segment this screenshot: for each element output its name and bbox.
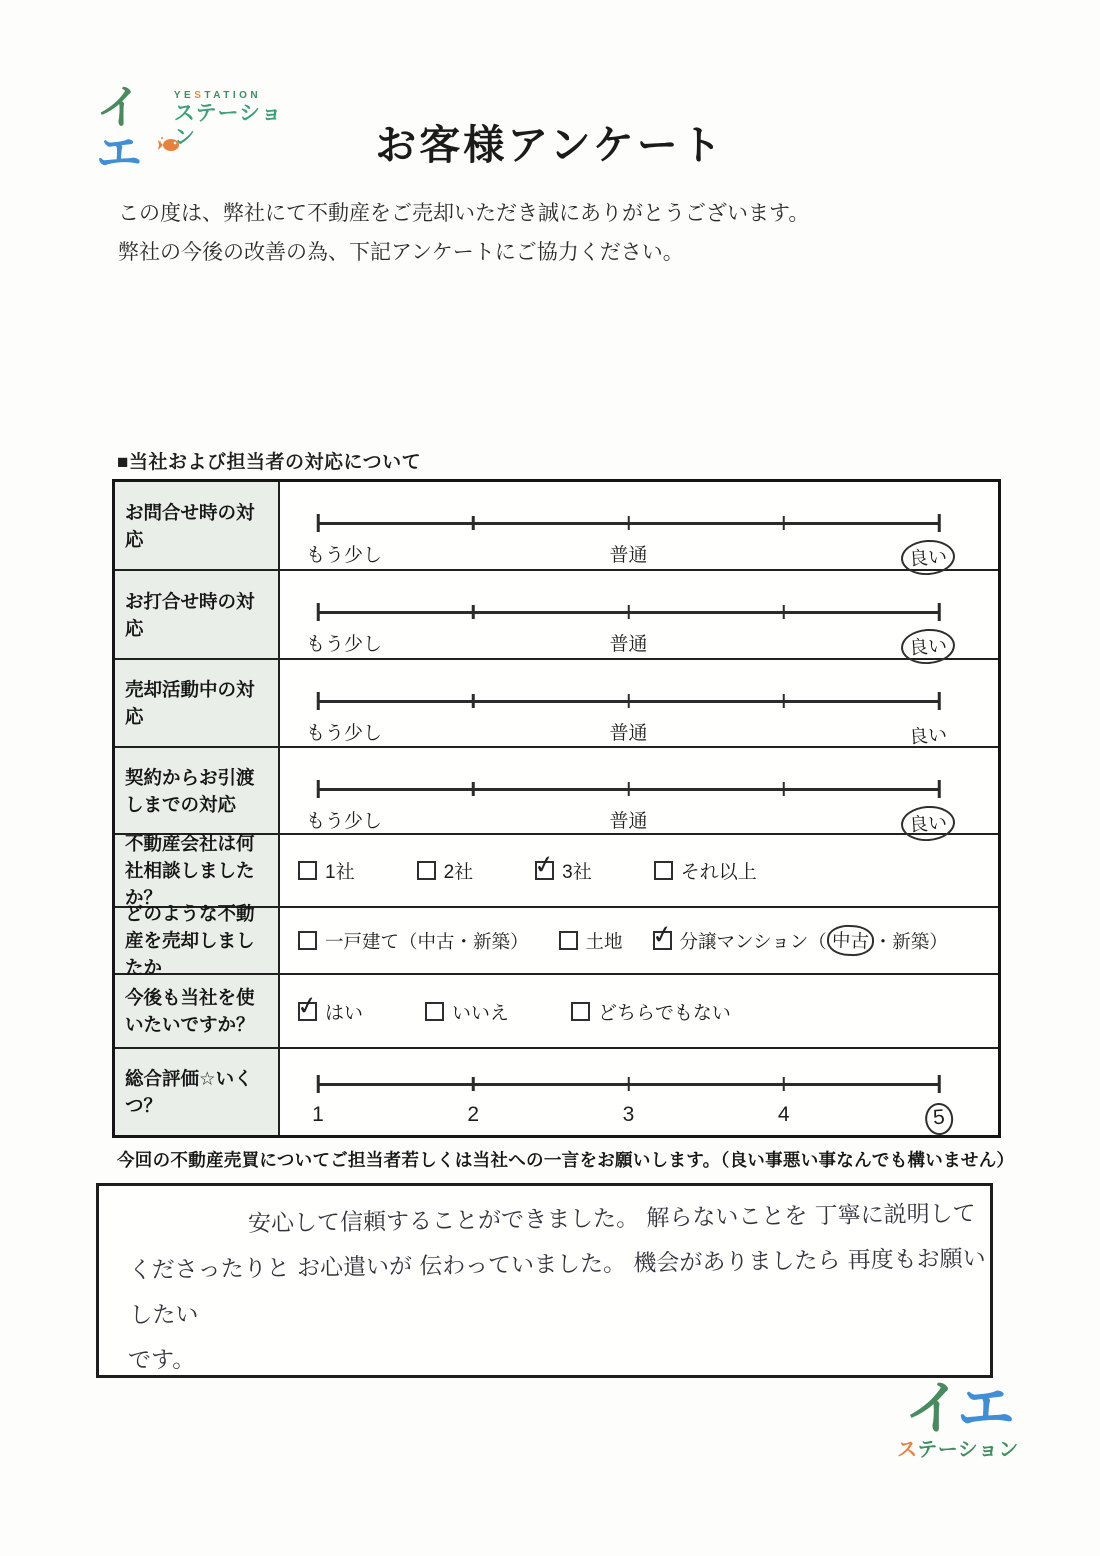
brand-latin-name: YESTATION <box>174 90 286 102</box>
checkbox-icon <box>654 861 673 880</box>
option-more-companies: それ以上 <box>654 857 757 884</box>
option-label: 分譲マンション <box>680 928 809 954</box>
row-label: お問合せ時の対応 <box>115 482 280 569</box>
table-row-q5: 不動産会社は何社相談しましたか？ 1社 2社 3社 それ以上 <box>115 835 998 908</box>
scale-label-low: もう少し <box>306 540 382 567</box>
checkbox-icon <box>417 861 436 880</box>
scale-label-high: 良い <box>901 629 955 664</box>
option-label: 2社 <box>444 857 474 884</box>
option-label: 一戸建て（中古・新築） <box>325 928 529 954</box>
option-group-q7: はい いいえ どちらでもない <box>298 975 731 1047</box>
scale-label-mid: 普通 <box>609 718 647 745</box>
checkbox-checked-icon <box>653 931 672 950</box>
scale-label-low: もう少し <box>306 629 382 656</box>
intro-line-2: 弊社の今後の改善の為、下記アンケートにご協力ください。 <box>118 233 809 272</box>
scale-label-low: もう少し <box>306 806 382 833</box>
table-row-q2: お打合せ時の対応 もう少し 普通 良い <box>115 571 998 660</box>
scale-tick <box>938 692 941 710</box>
scale-tick <box>472 782 475 796</box>
intro-line-1: この度は、弊社にて不動産をご売却いただき誠にありがとうございます。 <box>118 194 809 233</box>
scale-tick <box>472 516 475 530</box>
table-row-q7: 今後も当社を使いたいですか？ はい いいえ どちらでもない <box>115 975 998 1049</box>
scale-tick <box>783 1077 786 1091</box>
table-row-q6: どのような不動産を売却しましたか 一戸建て（中古・新築） 土地 分譲マンション（… <box>115 908 998 975</box>
brand-logo-bottom: イエ ステーション <box>893 1380 1023 1462</box>
table-row-q4: 契約からお引渡しまでの対応 もう少し 普通 良い <box>115 748 998 835</box>
row-label: お打合せ時の対応 <box>115 571 280 658</box>
brand-katakana-name: ステーション <box>893 1438 1023 1462</box>
scale-tick <box>783 694 786 708</box>
table-row-q1: お問合せ時の対応 もう少し 普通 良い <box>115 482 998 571</box>
checkbox-icon <box>425 1002 444 1021</box>
scale-tick <box>472 605 475 619</box>
option-label: 3社 <box>562 857 592 884</box>
scale-tick <box>783 605 786 619</box>
scale-tick <box>472 1077 475 1091</box>
checkbox-checked-icon <box>298 1002 317 1021</box>
rating-number-1: 1 <box>312 1103 324 1127</box>
scale-tick <box>627 605 630 619</box>
row-label: どのような不動産を売却しましたか <box>115 908 280 973</box>
rating-number-3: 3 <box>623 1103 635 1127</box>
table-row-q3: 売却活動中の対応 もう少し 普通 良い <box>115 660 998 748</box>
checkbox-icon <box>559 931 578 950</box>
option-neither: どちらでもない <box>571 998 731 1025</box>
checkbox-icon <box>298 931 317 950</box>
table-row-q8: 総合評価☆いくつ？ 1 2 3 4 5 <box>115 1049 998 1135</box>
rating-number-4: 4 <box>778 1103 790 1127</box>
scale-tick <box>938 514 941 532</box>
option-label: どちらでもない <box>598 998 731 1025</box>
scale-tick <box>317 603 320 621</box>
survey-document-page: イエ YESTATION ステーション お客様アンケート この度は、弊社にて不動… <box>0 0 1100 1556</box>
rating-scale-q4: もう少し 普通 良い <box>318 776 939 830</box>
option-label: 土地 <box>586 928 623 954</box>
scale-label-high: 良い <box>901 540 955 575</box>
scale-label-mid: 普通 <box>609 540 647 567</box>
rating-scale-q8: 1 2 3 4 5 <box>318 1071 939 1125</box>
checkbox-checked-icon <box>535 861 554 880</box>
option-3-companies: 3社 <box>535 857 592 884</box>
brand-kana-e: エ <box>957 1376 1012 1441</box>
rating-number-5: 5 <box>925 1103 953 1135</box>
option-yes: はい <box>298 998 363 1025</box>
scale-tick <box>627 516 630 530</box>
option-detached-house: 一戸建て（中古・新築） <box>298 928 529 954</box>
rating-scale-q3: もう少し 普通 良い <box>318 688 939 742</box>
handwritten-line-2: くださったりと お心遣いが 伝わっていました。 機会がありましたら 再度もお願い… <box>128 1237 990 1339</box>
option-condominium: 分譲マンション（中古・新築） <box>653 925 948 956</box>
rating-scale-q2: もう少し 普通 良い <box>318 599 939 653</box>
scale-tick <box>317 780 320 798</box>
row-label: 売却活動中の対応 <box>115 660 280 746</box>
selected-answer-circle: 5 <box>924 1102 954 1136</box>
intro-text: この度は、弊社にて不動産をご売却いただき誠にありがとうございます。 弊社の今後の… <box>118 194 809 272</box>
option-group-q6: 一戸建て（中古・新築） 土地 分譲マンション（中古・新築） <box>298 908 948 973</box>
option-group-q5: 1社 2社 3社 それ以上 <box>298 835 757 906</box>
handwritten-comment: 安心して信頼することができました。 解らないことを 丁寧に説明して くださったり… <box>98 1192 991 1378</box>
scale-label-mid: 普通 <box>609 629 647 656</box>
checkbox-icon <box>571 1002 590 1021</box>
scale-tick <box>783 782 786 796</box>
option-no: いいえ <box>425 998 509 1025</box>
scale-label-low: もう少し <box>306 718 382 745</box>
option-label: 1社 <box>325 857 355 884</box>
row-label: 不動産会社は何社相談しましたか？ <box>115 835 280 906</box>
scale-tick <box>627 1077 630 1091</box>
row-label: 総合評価☆いくつ？ <box>115 1049 280 1135</box>
scale-tick <box>317 1075 320 1093</box>
brand-kana-i: イ <box>904 1376 957 1441</box>
option-label: それ以上 <box>681 857 757 884</box>
option-land: 土地 <box>559 928 623 954</box>
scale-tick <box>783 516 786 530</box>
comment-prompt: 今回の不動産売買についてご担当者若しくは当社への一言をお願いします。（良い事悪い… <box>117 1147 1014 1172</box>
scale-tick <box>938 780 941 798</box>
scale-tick <box>938 603 941 621</box>
scale-tick <box>317 514 320 532</box>
page-title: お客様アンケート <box>0 112 1100 171</box>
section-title: ■当社および担当者の対応について <box>117 447 421 474</box>
checkbox-icon <box>298 861 317 880</box>
option-label: はい <box>325 998 363 1025</box>
survey-table: お問合せ時の対応 もう少し 普通 良い お打合せ時の対応 <box>112 479 1001 1138</box>
option-label: いいえ <box>452 998 509 1025</box>
scale-tick <box>472 694 475 708</box>
option-2-companies: 2社 <box>417 857 474 884</box>
brand-kana-mark: イエ <box>893 1380 1023 1438</box>
comment-box: 安心して信頼することができました。 解らないことを 丁寧に説明して くださったり… <box>96 1183 993 1378</box>
rating-scale-q1: もう少し 普通 良い <box>318 510 939 564</box>
circled-used-condition: 中古 <box>826 924 874 957</box>
row-label: 契約からお引渡しまでの対応 <box>115 748 280 833</box>
scale-tick <box>938 1075 941 1093</box>
scale-tick <box>627 694 630 708</box>
scale-tick <box>317 692 320 710</box>
scale-label-mid: 普通 <box>609 806 647 833</box>
rating-number-2: 2 <box>467 1103 479 1127</box>
scale-tick <box>627 782 630 796</box>
option-1-company: 1社 <box>298 857 355 884</box>
row-label: 今後も当社を使いたいですか？ <box>115 975 280 1047</box>
